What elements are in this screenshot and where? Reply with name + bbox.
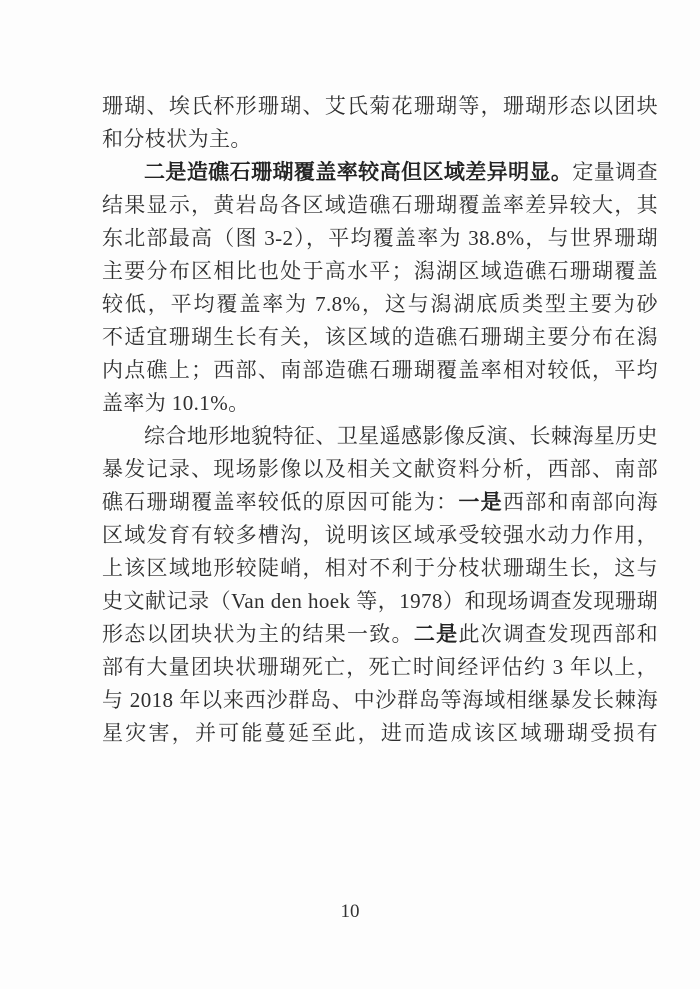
document-page: 珊瑚、埃氏杯形珊瑚、艾氏菊花珊瑚等，珊瑚形态以团块状和分枝状为主。二是造礁石珊瑚… (0, 0, 700, 989)
text-segment: 不适宜珊瑚生长有关，该区域的造礁石珊瑚主要分布在潟湖 (102, 325, 658, 354)
text-line: 不适宜珊瑚生长有关，该区域的造礁石珊瑚主要分布在潟湖 (102, 321, 658, 354)
text-segment: 与 2018 年以来西沙群岛、中沙群岛等海域相继暴发长棘海 (102, 688, 658, 712)
text-line: 星灾害，并可能蔓延至此，进而造成该区域珊瑚受损有关。 (102, 717, 658, 750)
text-segment: 较低，平均覆盖率为 7.8%，这与潟湖底质类型主要为砂质， (102, 292, 658, 321)
bold-text-segment: 一是 (458, 490, 503, 514)
text-line: 与 2018 年以来西沙群岛、中沙群岛等海域相继暴发长棘海 (102, 684, 658, 717)
text-segment: 定量调查 (572, 160, 658, 184)
text-segment: 形态以团块状为主的结果一致。 (102, 622, 414, 646)
text-line: 综合地形地貌特征、卫星遥感影像反演、长棘海星历史 (102, 420, 658, 453)
text-segment: 主要分布区相比也处于高水平；潟湖区域造礁石珊瑚覆盖率 (102, 259, 658, 288)
text-segment: 综合地形地貌特征、卫星遥感影像反演、长棘海星历史 (144, 424, 658, 448)
text-line: 部有大量团块状珊瑚死亡，死亡时间经评估约 3 年以上，这 (102, 651, 658, 684)
text-line: 盖率为 10.1%。 (102, 387, 658, 420)
text-segment: 部有大量团块状珊瑚死亡，死亡时间经评估约 3 年以上，这 (102, 655, 658, 684)
text-segment: 东北部最高（图 3-2），平均覆盖率为 38.8%，与世界珊瑚礁 (102, 226, 658, 255)
text-segment: 星灾害，并可能蔓延至此，进而造成该区域珊瑚受损有关。 (102, 721, 658, 750)
text-segment: 上该区域地形较陡峭，相对不利于分枝状珊瑚生长，这与历 (102, 556, 658, 585)
text-segment: 礁石珊瑚覆盖率较低的原因可能为： (102, 490, 458, 514)
text-line: 珊瑚、埃氏杯形珊瑚、艾氏菊花珊瑚等，珊瑚形态以团块状 (102, 90, 658, 123)
text-segment: 区域发育有较多槽沟，说明该区域承受较强水动力作用，加 (102, 523, 658, 552)
text-segment: 盖率为 10.1%。 (102, 391, 250, 415)
text-line: 史文献记录（Van den hoek 等，1978）和现场调查发现珊瑚 (102, 585, 658, 618)
text-line: 礁石珊瑚覆盖率较低的原因可能为：一是西部和南部向海坡 (102, 486, 658, 519)
text-line: 和分枝状为主。 (102, 123, 658, 156)
text-line: 形态以团块状为主的结果一致。二是此次调查发现西部和南 (102, 618, 658, 651)
text-line: 暴发记录、现场影像以及相关文献资料分析，西部、南部造 (102, 453, 658, 486)
text-segment: 珊瑚、埃氏杯形珊瑚、艾氏菊花珊瑚等，珊瑚形态以团块状 (102, 94, 658, 123)
text-segment: 史文献记录（Van den hoek 等，1978）和现场调查发现珊瑚 (102, 589, 658, 613)
text-line: 结果显示，黄岩岛各区域造礁石珊瑚覆盖率差异较大，其中 (102, 189, 658, 222)
text-line: 主要分布区相比也处于高水平；潟湖区域造礁石珊瑚覆盖率 (102, 255, 658, 288)
body-text: 珊瑚、埃氏杯形珊瑚、艾氏菊花珊瑚等，珊瑚形态以团块状和分枝状为主。二是造礁石珊瑚… (102, 90, 658, 750)
text-segment: 结果显示，黄岩岛各区域造礁石珊瑚覆盖率差异较大，其中 (102, 193, 658, 222)
text-line: 上该区域地形较陡峭，相对不利于分枝状珊瑚生长，这与历 (102, 552, 658, 585)
text-line: 东北部最高（图 3-2），平均覆盖率为 38.8%，与世界珊瑚礁 (102, 222, 658, 255)
text-segment: 暴发记录、现场影像以及相关文献资料分析，西部、南部造 (102, 457, 658, 486)
text-line: 较低，平均覆盖率为 7.8%，这与潟湖底质类型主要为砂质， (102, 288, 658, 321)
text-line: 内点礁上；西部、南部造礁石珊瑚覆盖率相对较低，平均覆 (102, 354, 658, 387)
text-line: 二是造礁石珊瑚覆盖率较高但区域差异明显。定量调查 (102, 156, 658, 189)
text-segment: 和分枝状为主。 (102, 127, 252, 151)
text-segment: 内点礁上；西部、南部造礁石珊瑚覆盖率相对较低，平均覆 (102, 358, 658, 387)
bold-text-segment: 二是造礁石珊瑚覆盖率较高但区域差异明显。 (144, 160, 572, 184)
text-line: 区域发育有较多槽沟，说明该区域承受较强水动力作用，加 (102, 519, 658, 552)
page-number: 10 (0, 901, 700, 923)
bold-text-segment: 二是 (414, 622, 459, 646)
